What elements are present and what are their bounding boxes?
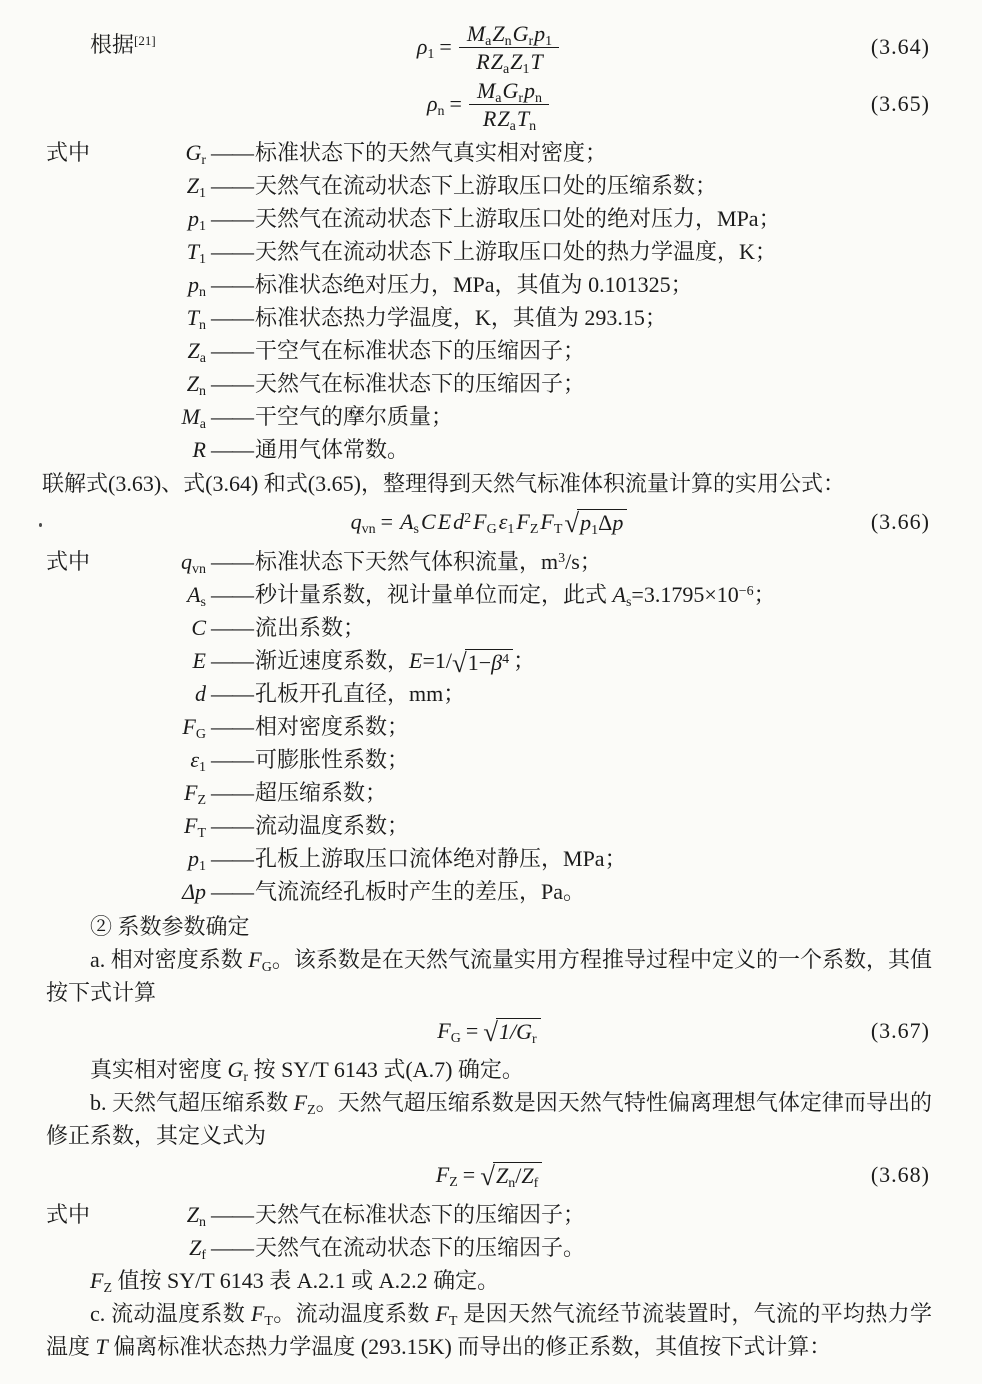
- definition-row: p1 —— 孔板上游取压口流体绝对静压，MPa；: [46, 842, 932, 875]
- paragraph-c: c. 流动温度系数 FT。流动温度系数 FT 是因天然气流经节流装置时，气流的平…: [46, 1297, 932, 1363]
- equation-number: (3.68): [871, 1162, 930, 1188]
- symbol: ε1: [110, 743, 211, 776]
- dash: ——: [211, 842, 253, 875]
- definition-row: Δp —— 气流流经孔板时产生的差压，Pa。: [46, 875, 932, 908]
- definition-row: As —— 秒计量系数，视计量单位而定，此式 As=3.1795×10−6；: [46, 578, 932, 611]
- square-root: √Zn/Zf: [480, 1162, 542, 1189]
- symbol: T1: [110, 235, 211, 268]
- equation-body: ρ1 = MaZnGrp1 RZaZ1T: [417, 20, 561, 75]
- dash: ——: [211, 776, 253, 809]
- fraction-denominator: RZaZ1T: [459, 48, 559, 75]
- reference-marker: [21]: [134, 33, 156, 48]
- definition-text: 天然气在流动状态下上游取压口处的绝对压力，MPa；: [255, 202, 781, 235]
- dash: ——: [211, 710, 253, 743]
- definition-row: d —— 孔板开孔直径，mm；: [46, 677, 932, 710]
- symbol: Zn: [110, 1198, 211, 1231]
- definition-text: 孔板上游取压口流体绝对静压，MPa；: [255, 842, 627, 875]
- definition-row: p1 —— 天然气在流动状态下上游取压口处的绝对压力，MPa；: [46, 202, 932, 235]
- fraction-denominator: RZaTn: [469, 105, 549, 132]
- fraction-numerator: MaZnGrp1: [459, 20, 559, 48]
- definition-text: 天然气在标准状态下的压缩因子；: [255, 367, 585, 400]
- symbol: Tn: [110, 301, 211, 334]
- dash: ——: [211, 235, 253, 268]
- radical-sign: √: [483, 1019, 498, 1046]
- definition-text: 可膨胀性系数；: [255, 743, 409, 776]
- dash: ——: [211, 809, 253, 842]
- square-root: √1−β4: [452, 649, 513, 676]
- definition-text: 天然气在流动状态下上游取压口处的热力学温度，K；: [255, 235, 777, 268]
- equation-3-64: 根据[21] ρ1 = MaZnGrp1 RZaZ1T (3.64): [46, 16, 932, 78]
- symbol: R: [110, 433, 211, 466]
- definition-text: 干空气在标准状态下的压缩因子；: [255, 334, 585, 367]
- equation-number: (3.64): [871, 34, 930, 60]
- definition-row: 式中 Gr —— 标准状态下的天然气真实相对密度；: [46, 136, 932, 169]
- paragraph-gr: 真实相对密度 Gr 按 SY/T 6143 式(A.7) 确定。: [46, 1053, 932, 1086]
- square-root: √1/Gr: [483, 1018, 540, 1045]
- definition-text: 通用气体常数。: [255, 433, 409, 466]
- definition-row: T1 —— 天然气在流动状态下上游取压口处的热力学温度，K；: [46, 235, 932, 268]
- paragraph-b: b. 天然气超压缩系数 FZ。天然气超压缩系数是因天然气特性偏离理想气体定律而导…: [46, 1086, 932, 1152]
- equation-lhs: ρ1: [417, 34, 435, 60]
- symbol: E: [110, 644, 211, 677]
- equation-lhs: qvn: [351, 509, 376, 535]
- equation-number: (3.67): [871, 1018, 930, 1044]
- definition-row: C —— 流出系数；: [46, 611, 932, 644]
- dash: ——: [211, 202, 253, 235]
- equation-3-65: ρn = MaGrpn RZaTn (3.65): [46, 78, 932, 130]
- symbol: pn: [110, 268, 211, 301]
- symbol: FT: [110, 809, 211, 842]
- definition-row: Za —— 干空气在标准状态下的压缩因子；: [46, 334, 932, 367]
- definition-text: 标准状态下天然气体积流量，m3/s；: [255, 545, 602, 578]
- symbol: C: [110, 611, 211, 644]
- definition-text: 干空气的摩尔质量；: [255, 400, 453, 433]
- dash: ——: [211, 268, 253, 301]
- definition-row: FT —— 流动温度系数；: [46, 809, 932, 842]
- equation-3-67: FG = √1/Gr (3.67): [46, 1009, 932, 1053]
- document-page: 根据[21] ρ1 = MaZnGrp1 RZaZ1T (3.64) ρn = …: [0, 0, 982, 1384]
- equation-body: FZ = √Zn/Zf: [436, 1162, 542, 1189]
- dash: ——: [211, 1198, 253, 1231]
- definition-text: 超压缩系数；: [255, 776, 387, 809]
- scan-speck: [39, 523, 42, 527]
- symbol: p1: [110, 202, 211, 235]
- equals-sign: =: [466, 1018, 478, 1044]
- dash: ——: [211, 677, 253, 710]
- dash: ——: [211, 578, 253, 611]
- definition-list-1: 式中 Gr —— 标准状态下的天然气真实相对密度； Z1 —— 天然气在流动状态…: [46, 136, 932, 466]
- equals-sign: =: [439, 34, 451, 60]
- dash: ——: [211, 611, 253, 644]
- definition-text: 天然气在流动状态下上游取压口处的压缩系数；: [255, 169, 717, 202]
- symbol: Gr: [110, 136, 211, 169]
- definition-text: 天然气在标准状态下的压缩因子；: [255, 1198, 585, 1231]
- fraction-numerator: MaGrpn: [469, 77, 549, 105]
- equals-sign: =: [450, 91, 462, 117]
- dash: ——: [211, 433, 253, 466]
- square-root: √p1Δp: [564, 509, 627, 536]
- definition-row: Z1 —— 天然气在流动状态下上游取压口处的压缩系数；: [46, 169, 932, 202]
- definition-text: 孔板开孔直径，mm；: [255, 677, 465, 710]
- definition-row: 式中 Zn —— 天然气在标准状态下的压缩因子；: [46, 1198, 932, 1231]
- definition-list-2: 式中 qvn —— 标准状态下天然气体积流量，m3/s； As —— 秒计量系数…: [46, 545, 932, 908]
- where-label: 式中: [46, 545, 110, 578]
- symbol: Δp: [110, 875, 211, 908]
- definition-row: Zf —— 天然气在流动状态下的压缩因子。: [46, 1231, 932, 1264]
- dash: ——: [211, 1231, 253, 1264]
- definition-text: 天然气在流动状态下的压缩因子。: [255, 1231, 585, 1264]
- equation-body: ρn = MaGrpn RZaTn: [427, 77, 551, 132]
- fraction: MaZnGrp1 RZaZ1T: [459, 20, 559, 75]
- definition-row: Zn —— 天然气在标准状态下的压缩因子；: [46, 367, 932, 400]
- equation-lhs: ρn: [427, 91, 445, 117]
- radical-sign: √: [564, 510, 579, 537]
- section-heading: ② 系数参数确定: [46, 910, 932, 943]
- definition-row: R —— 通用气体常数。: [46, 433, 932, 466]
- paragraph-link: 联解式(3.63)、式(3.64) 和式(3.65)，整理得到天然气标准体积流量…: [42, 468, 932, 499]
- intro-word: 根据: [90, 32, 134, 57]
- equation-3-68: FZ = √Zn/Zf (3.68): [46, 1152, 932, 1198]
- equation-body: qvn = AsCEd2FGε1FZFT √p1Δp: [351, 509, 628, 536]
- dash: ——: [211, 367, 253, 400]
- symbol: d: [110, 677, 211, 710]
- fraction: MaGrpn RZaTn: [469, 77, 549, 132]
- symbol: FZ: [110, 776, 211, 809]
- radical-sign: √: [452, 650, 467, 677]
- definition-row: pn —— 标准状态绝对压力，MPa，其值为 0.101325；: [46, 268, 932, 301]
- definition-row: 式中 qvn —— 标准状态下天然气体积流量，m3/s；: [46, 545, 932, 578]
- definition-text: 标准状态绝对压力，MPa，其值为 0.101325；: [255, 268, 693, 301]
- intro-text: 根据[21]: [90, 28, 156, 59]
- definition-row: E —— 渐近速度系数，E=1/√1−β4；: [46, 644, 932, 677]
- equation-body: FG = √1/Gr: [437, 1018, 540, 1045]
- dash: ——: [211, 743, 253, 776]
- symbol: Za: [110, 334, 211, 367]
- where-label: 式中: [46, 136, 110, 169]
- symbol: Zn: [110, 367, 211, 400]
- definition-text: 秒计量系数，视计量单位而定，此式 As=3.1795×10−6；: [255, 578, 776, 611]
- definition-row: FG —— 相对密度系数；: [46, 710, 932, 743]
- definition-text: 气流流经孔板时产生的差压，Pa。: [255, 875, 585, 908]
- paragraph-a: a. 相对密度系数 FG。该系数是在天然气流量实用方程推导过程中定义的一个系数，…: [46, 943, 932, 1009]
- symbol: Ma: [110, 400, 211, 433]
- paragraph-fz: FZ 值按 SY/T 6143 表 A.2.1 或 A.2.2 确定。: [46, 1264, 932, 1297]
- dash: ——: [211, 545, 253, 578]
- dash: ——: [211, 136, 253, 169]
- symbol: As: [110, 578, 211, 611]
- symbol: Z1: [110, 169, 211, 202]
- where-label: 式中: [46, 1198, 110, 1231]
- equation-number: (3.65): [871, 91, 930, 117]
- dash: ——: [211, 400, 253, 433]
- symbol: qvn: [110, 545, 211, 578]
- equation-lhs: FG: [437, 1018, 461, 1044]
- equation-lhs: FZ: [436, 1162, 458, 1188]
- definition-text: 渐近速度系数，E=1/√1−β4；: [255, 644, 535, 677]
- definition-list-3: 式中 Zn —— 天然气在标准状态下的压缩因子； Zf —— 天然气在流动状态下…: [46, 1198, 932, 1264]
- equation-number: (3.66): [871, 509, 930, 535]
- definition-text: 流出系数；: [255, 611, 365, 644]
- radical-sign: √: [480, 1163, 495, 1190]
- equals-sign: =: [463, 1162, 475, 1188]
- definition-text: 相对密度系数；: [255, 710, 409, 743]
- dash: ——: [211, 301, 253, 334]
- dash: ——: [211, 644, 253, 677]
- equals-sign: =: [381, 509, 393, 535]
- symbol: Zf: [110, 1231, 211, 1264]
- definition-row: ε1 —— 可膨胀性系数；: [46, 743, 932, 776]
- definition-text: 标准状态热力学温度，K，其值为 293.15；: [255, 301, 667, 334]
- dash: ——: [211, 334, 253, 367]
- equation-3-66: qvn = AsCEd2FGε1FZFT √p1Δp (3.66): [46, 499, 932, 545]
- definition-text: 流动温度系数；: [255, 809, 409, 842]
- definition-row: Ma —— 干空气的摩尔质量；: [46, 400, 932, 433]
- symbol: FG: [110, 710, 211, 743]
- definition-row: FZ —— 超压缩系数；: [46, 776, 932, 809]
- dash: ——: [211, 169, 253, 202]
- dash: ——: [211, 875, 253, 908]
- definition-text: 标准状态下的天然气真实相对密度；: [255, 136, 607, 169]
- symbol: p1: [110, 842, 211, 875]
- definition-row: Tn —— 标准状态热力学温度，K，其值为 293.15；: [46, 301, 932, 334]
